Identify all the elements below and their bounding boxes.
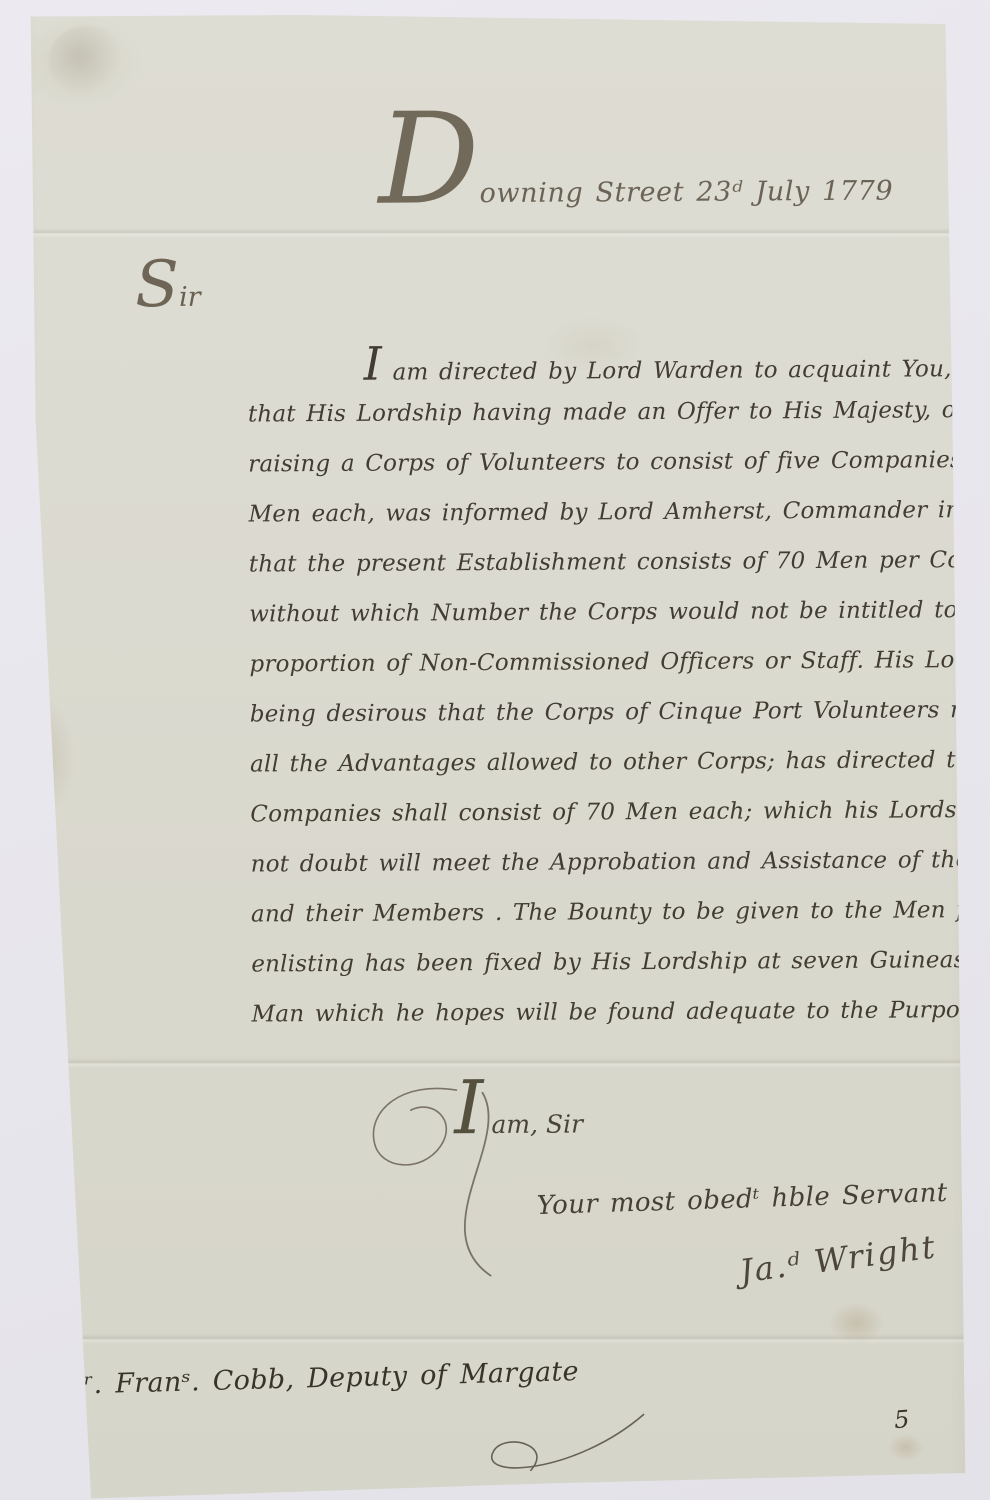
body-line: raising a Corps of Volunteers to consist… — [248, 435, 940, 489]
body-line: without which Number the Corps would not… — [249, 585, 941, 639]
body-line: proportion of Non-Commissioned Officers … — [249, 635, 941, 689]
page-number-annotation: 5 — [893, 1405, 910, 1434]
body-line: Man which he hopes will be found adequat… — [251, 985, 943, 1039]
body-line: that the present Establishment consists … — [249, 535, 941, 589]
letter-sheet: Downing Street 23ᵈ July 1779 Sir I am di… — [0, 0, 990, 1500]
body-line: Men each, was informed by Lord Amherst, … — [248, 485, 940, 539]
body-line: that His Lordship having made an Offer t… — [248, 385, 940, 439]
salutation: Sir — [135, 250, 201, 333]
corner-annotation: e) — [60, 1403, 80, 1427]
body-line: Companies shall consist of 70 Men each; … — [250, 785, 942, 839]
body-line: I am directed by Lord Warden to acquaint… — [363, 335, 937, 389]
closing-i-am-sir: I am, Sir — [454, 1067, 583, 1165]
signature: Ja.ᵈ Wright — [737, 1227, 938, 1290]
dateline: Downing Street 23ᵈ July 1779 — [378, 81, 939, 254]
valediction: Your most obedᵗ hble Servant — [536, 1178, 948, 1221]
letter-body: I am directed by Lord Warden to acquaint… — [247, 335, 943, 1039]
photo-backdrop: { "letter": { "heading": { "place_and_da… — [0, 0, 990, 1500]
body-line: being desirous that the Corps of Cinque … — [250, 685, 942, 739]
body-line: not doubt will meet the Approbation and … — [251, 835, 943, 889]
body-line: all the Advantages allowed to other Corp… — [250, 735, 942, 789]
handwriting-layer: Downing Street 23ᵈ July 1779 Sir I am di… — [0, 0, 990, 1500]
body-line: enlisting has been fixed by His Lordship… — [251, 935, 943, 989]
body-line: and their Members . The Bounty to be giv… — [251, 885, 943, 939]
recipient-address: Mʳ. Franˢ. Cobb, Deputy of Margate — [56, 1356, 580, 1401]
flourish-stroke — [434, 1404, 654, 1485]
